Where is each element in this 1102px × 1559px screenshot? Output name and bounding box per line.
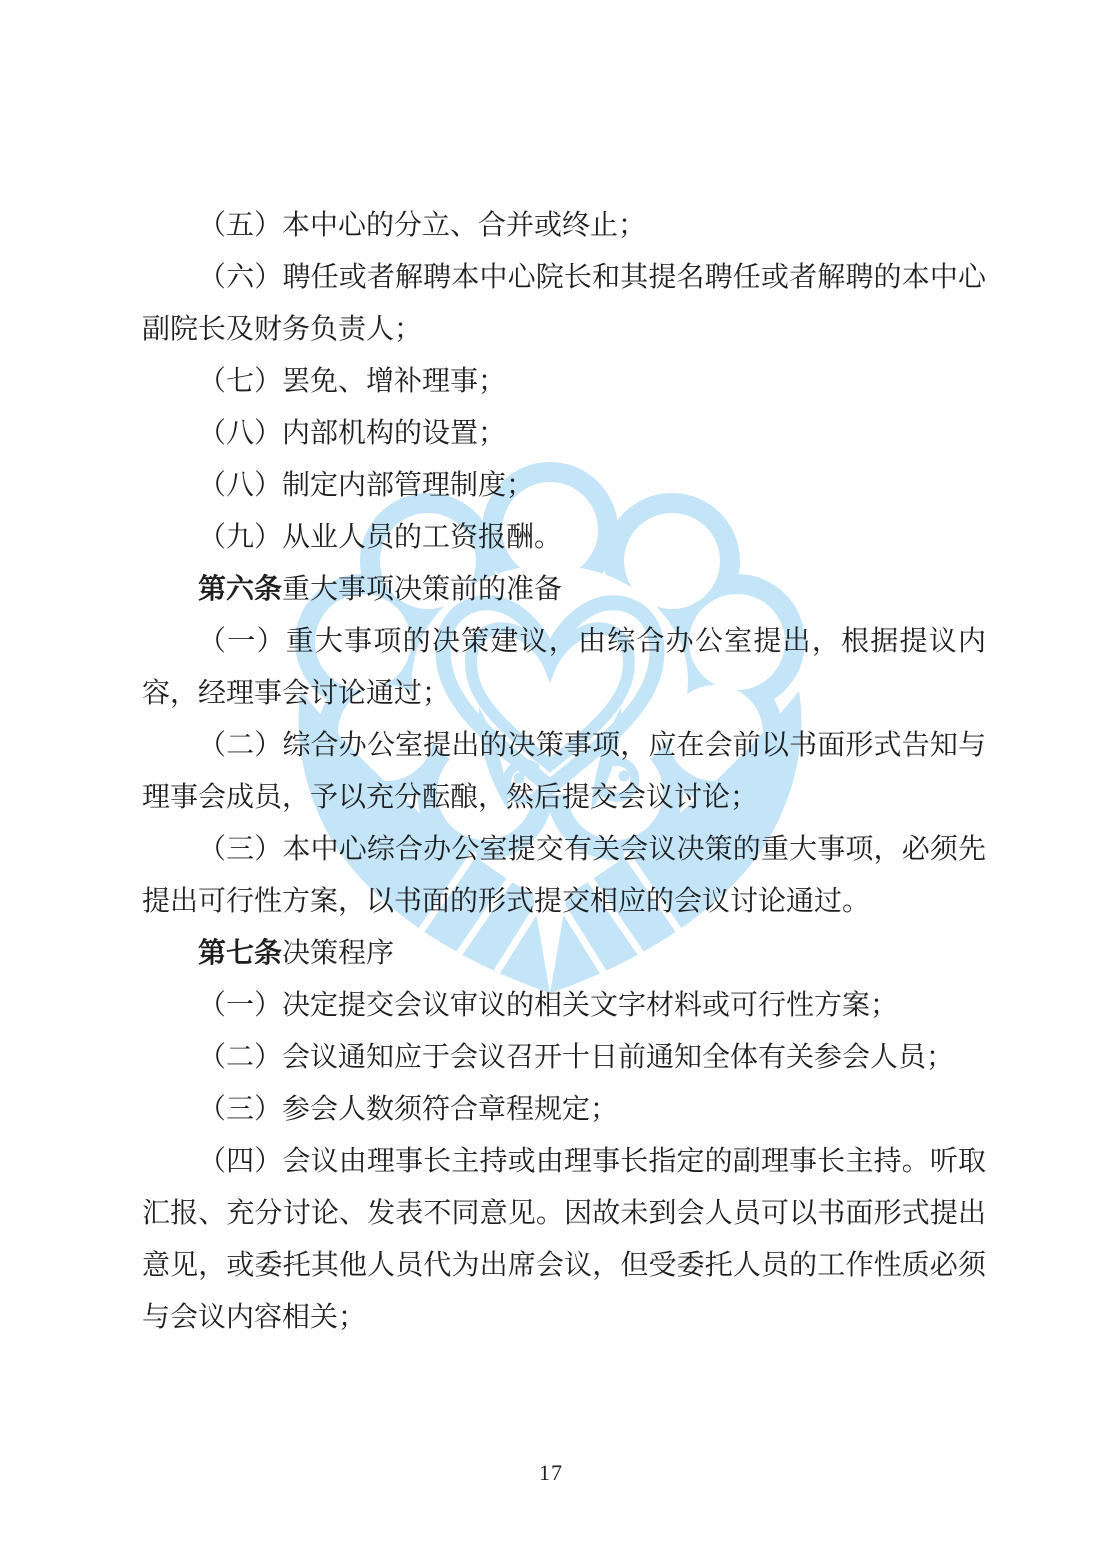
- paragraph: （二）综合办公室提出的决策事项，应在会前以书面形式告知与理事会成员，予以充分酝酿…: [142, 720, 986, 824]
- paragraph: 第七条决策程序: [142, 928, 986, 980]
- paragraph-text: （三）本中心综合办公室提交有关会议决策的重大事项，必须先提出可行性方案，以书面的…: [142, 834, 986, 917]
- paragraph: （八）制定内部管理制度；: [142, 460, 986, 512]
- document-body: （五）本中心的分立、合并或终止；（六）聘任或者解聘本中心院长和其提名聘任或者解聘…: [142, 200, 986, 1344]
- paragraph: 第六条重大事项决策前的准备: [142, 564, 986, 616]
- paragraph-text: （二）综合办公室提出的决策事项，应在会前以书面形式告知与理事会成员，予以充分酝酿…: [142, 730, 986, 813]
- paragraph-text: （八）制定内部管理制度；: [198, 470, 534, 501]
- article-number: 第六条: [198, 574, 282, 605]
- paragraph: （四）会议由理事长主持或由理事长指定的副理事长主持。听取汇报、充分讨论、发表不同…: [142, 1136, 986, 1344]
- page-number: 17: [0, 1460, 1102, 1486]
- paragraph-text: （八）内部机构的设置；: [198, 418, 506, 449]
- paragraph: （二）会议通知应于会议召开十日前通知全体有关参会人员；: [142, 1032, 986, 1084]
- paragraph: （五）本中心的分立、合并或终止；: [142, 200, 986, 252]
- paragraph-text: （六）聘任或者解聘本中心院长和其提名聘任或者解聘的本中心副院长及财务负责人；: [142, 262, 986, 345]
- paragraph-text: （九）从业人员的工资报酬。: [198, 522, 562, 553]
- paragraph-text: （三）参会人数须符合章程规定；: [198, 1094, 618, 1125]
- paragraph: （九）从业人员的工资报酬。: [142, 512, 986, 564]
- paragraph: （七）罢免、增补理事；: [142, 356, 986, 408]
- paragraph-text: （一）决定提交会议审议的相关文字材料或可行性方案；: [198, 990, 898, 1021]
- paragraph: （三）本中心综合办公室提交有关会议决策的重大事项，必须先提出可行性方案，以书面的…: [142, 824, 986, 928]
- paragraph-text: （一）重大事项的决策建议，由综合办公室提出，根据提议内容，经理事会讨论通过；: [142, 626, 986, 709]
- paragraph: （八）内部机构的设置；: [142, 408, 986, 460]
- document-page: （五）本中心的分立、合并或终止；（六）聘任或者解聘本中心院长和其提名聘任或者解聘…: [0, 0, 1102, 1559]
- paragraph-text: 决策程序: [282, 938, 394, 969]
- paragraph: （三）参会人数须符合章程规定；: [142, 1084, 986, 1136]
- paragraph: （一）重大事项的决策建议，由综合办公室提出，根据提议内容，经理事会讨论通过；: [142, 616, 986, 720]
- paragraph: （六）聘任或者解聘本中心院长和其提名聘任或者解聘的本中心副院长及财务负责人；: [142, 252, 986, 356]
- paragraph-text: 重大事项决策前的准备: [282, 574, 562, 605]
- paragraph-text: （七）罢免、增补理事；: [198, 366, 506, 397]
- paragraph-text: （四）会议由理事长主持或由理事长指定的副理事长主持。听取汇报、充分讨论、发表不同…: [142, 1146, 986, 1333]
- paragraph: （一）决定提交会议审议的相关文字材料或可行性方案；: [142, 980, 986, 1032]
- article-number: 第七条: [198, 938, 282, 969]
- paragraph-text: （五）本中心的分立、合并或终止；: [198, 210, 646, 241]
- paragraph-text: （二）会议通知应于会议召开十日前通知全体有关参会人员；: [198, 1042, 954, 1073]
